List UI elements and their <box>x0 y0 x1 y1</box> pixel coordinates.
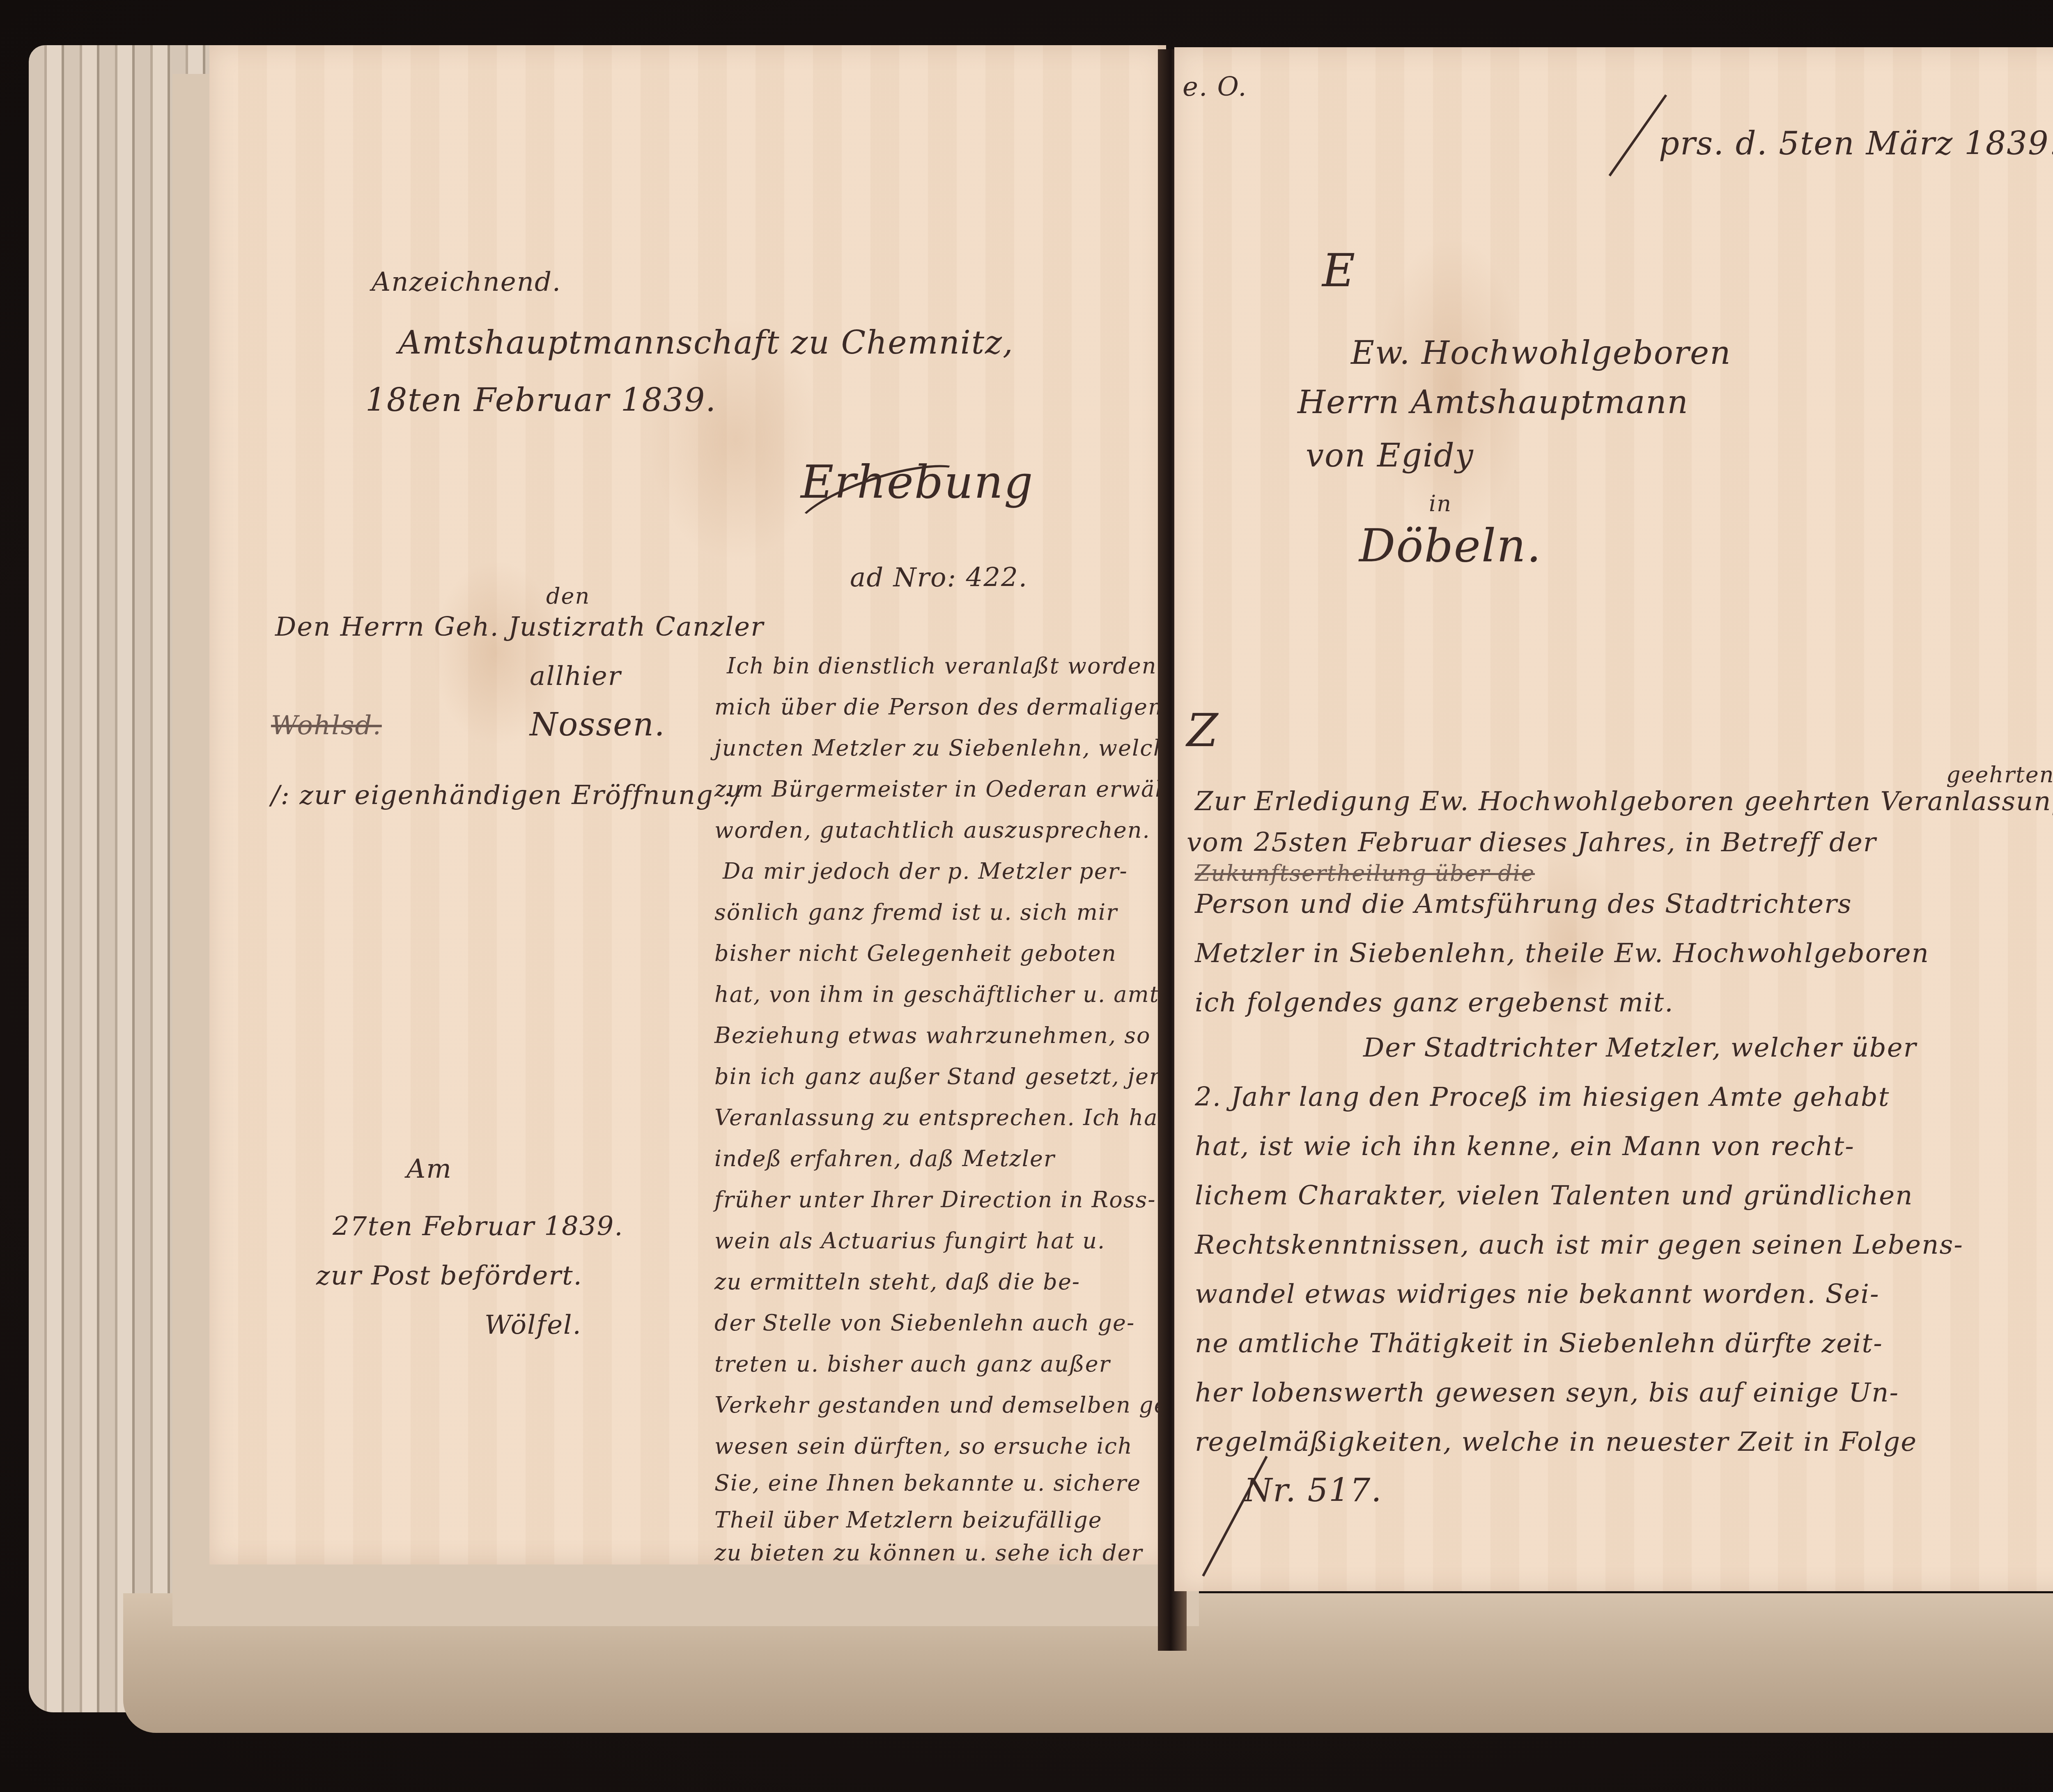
body-line: hat, von ihm in geschäftlicher u. amtlic… <box>714 981 1229 1007</box>
body-line: zu bieten zu können u. sehe ich der <box>714 1540 1143 1566</box>
body-line: Rechtskenntnissen, auch ist mir gegen se… <box>1195 1230 1963 1260</box>
body-line: wesen sein dürften, so ersuche ich <box>714 1433 1133 1459</box>
heading-line-2: Amtshauptmannschaft zu Chemnitz, <box>398 324 1014 361</box>
gutter-note: e. O. <box>1183 72 1247 102</box>
body-line: Da mir jedoch der p. Metzler per- <box>723 858 1128 884</box>
addressee-line-1: Den Herrn Geh. Justizrath Canzler <box>275 612 764 642</box>
file-number: Nr. 517. <box>1244 1472 1382 1509</box>
received-note-stroke <box>1609 94 1667 177</box>
body-line: hat, ist wie ich ihn kenne, ein Mann von… <box>1195 1131 1855 1162</box>
left-page: Anzeichnend. Amtshauptmannschaft zu Chem… <box>209 45 1166 1565</box>
received-note: prs. d. 5ten März 1839. <box>1659 125 2053 162</box>
body-line: wandel etwas widriges nie bekannt worden… <box>1195 1279 1880 1310</box>
body-line: vom 25sten Februar dieses Jahres, in Bet… <box>1187 827 1876 858</box>
body-line: zu ermitteln steht, daß die be- <box>714 1269 1080 1295</box>
heading-line-3: 18ten Februar 1839. <box>365 382 716 419</box>
addressee-line-2: allhier <box>530 661 621 692</box>
body-line: Person und die Amtsführung des Stadtrich… <box>1195 889 1852 919</box>
body-line: Verkehr gestanden und demselben ge- <box>714 1392 1176 1418</box>
body-line: ich folgendes ganz ergebenst mit. <box>1195 988 1674 1018</box>
addressee-struck-word: Wohlsd. <box>271 710 382 741</box>
right-addressee-line-2: Herrn Amtshauptmann <box>1297 384 1689 421</box>
body-line: regelmäßigkeiten, welche in neuester Zei… <box>1195 1427 1917 1457</box>
right-addressee-place: Döbeln. <box>1359 519 1542 572</box>
heading-line-1: Anzeichnend. <box>372 267 561 297</box>
body-line: Ich bin dienstlich veranlaßt worden <box>727 653 1157 679</box>
reference-number: ad Nro: 422. <box>850 563 1028 593</box>
body-line: bin ich ganz außer Stand gesetzt, jener <box>714 1064 1190 1089</box>
body-initial-flourish: Z <box>1187 704 1219 757</box>
addressee-line-4: /: zur eigenhändigen Eröffnung :/ <box>271 780 742 811</box>
body-line: Veranlassung zu entsprechen. Ich habe <box>714 1105 1187 1130</box>
body-line: Der Stadtrichter Metzler, welcher über <box>1363 1033 1917 1063</box>
body-line: Metzler in Siebenlehn, theile Ew. Hochwo… <box>1195 938 1929 969</box>
body-line: 2. Jahr lang den Proceß im hiesigen Amte… <box>1195 1082 1890 1112</box>
body-line: indeß erfahren, daß Metzler <box>714 1146 1055 1172</box>
body-line: wein als Actuarius fungirt hat u. <box>714 1228 1105 1254</box>
margin-note-line-3: zur Post befördert. <box>316 1261 583 1291</box>
body-line: Sie, eine Ihnen bekannte u. sichere <box>714 1470 1141 1496</box>
body-line: lichem Charakter, vielen Talenten und gr… <box>1195 1181 1913 1211</box>
body-line: worden, gutachtlich auszusprechen. <box>714 817 1151 843</box>
body-line: bisher nicht Gelegenheit geboten <box>714 940 1117 966</box>
body-line: mich über die Person des dermaligen Ad- <box>714 694 1211 720</box>
margin-note-signature: Wölfel. <box>485 1310 582 1340</box>
body-line: treten u. bisher auch ganz außer <box>714 1351 1111 1377</box>
body-line: sönlich ganz fremd ist u. sich mir <box>714 899 1118 925</box>
right-page: 80 e. O. prs. d. 5ten März 1839. E Ew. H… <box>1174 47 2053 1591</box>
addressee-superscript: den <box>546 583 590 609</box>
margin-note-line-1: Am <box>406 1154 452 1184</box>
body-line: her lobenswerth gewesen seyn, bis auf ei… <box>1195 1378 1899 1408</box>
body-line: Zur Erledigung Ew. Hochwohlgeboren geehr… <box>1195 786 2053 817</box>
margin-note-date: 27ten Februar 1839. <box>333 1211 623 1242</box>
body-line: zum Bürgermeister in Oederan erwählt <box>714 776 1188 802</box>
right-addressee-superscript: in <box>1429 491 1452 517</box>
body-line: der Stelle von Siebenlehn auch ge- <box>714 1310 1135 1336</box>
right-addressee-line-3: von Egidy <box>1306 437 1474 474</box>
body-line: Beziehung etwas wahrzunehmen, so <box>714 1022 1151 1048</box>
body-line: Theil über Metzlern beizufällige <box>714 1507 1102 1533</box>
right-addressee-line-1: Ew. Hochwohlgeboren <box>1351 335 1732 372</box>
insertion-above-line: geehrten <box>1946 762 2053 788</box>
addressee-line-3: Nossen. <box>530 706 665 743</box>
struck-line: Zukunftsertheilung über die <box>1195 860 1535 886</box>
body-line: früher unter Ihrer Direction in Ross- <box>714 1187 1156 1213</box>
addressee-initial-flourish: E <box>1322 244 1356 297</box>
body-line: ne amtliche Thätigkeit in Siebenlehn dür… <box>1195 1328 1883 1359</box>
body-line: juncten Metzler zu Siebenlehn, welcher <box>714 735 1194 761</box>
